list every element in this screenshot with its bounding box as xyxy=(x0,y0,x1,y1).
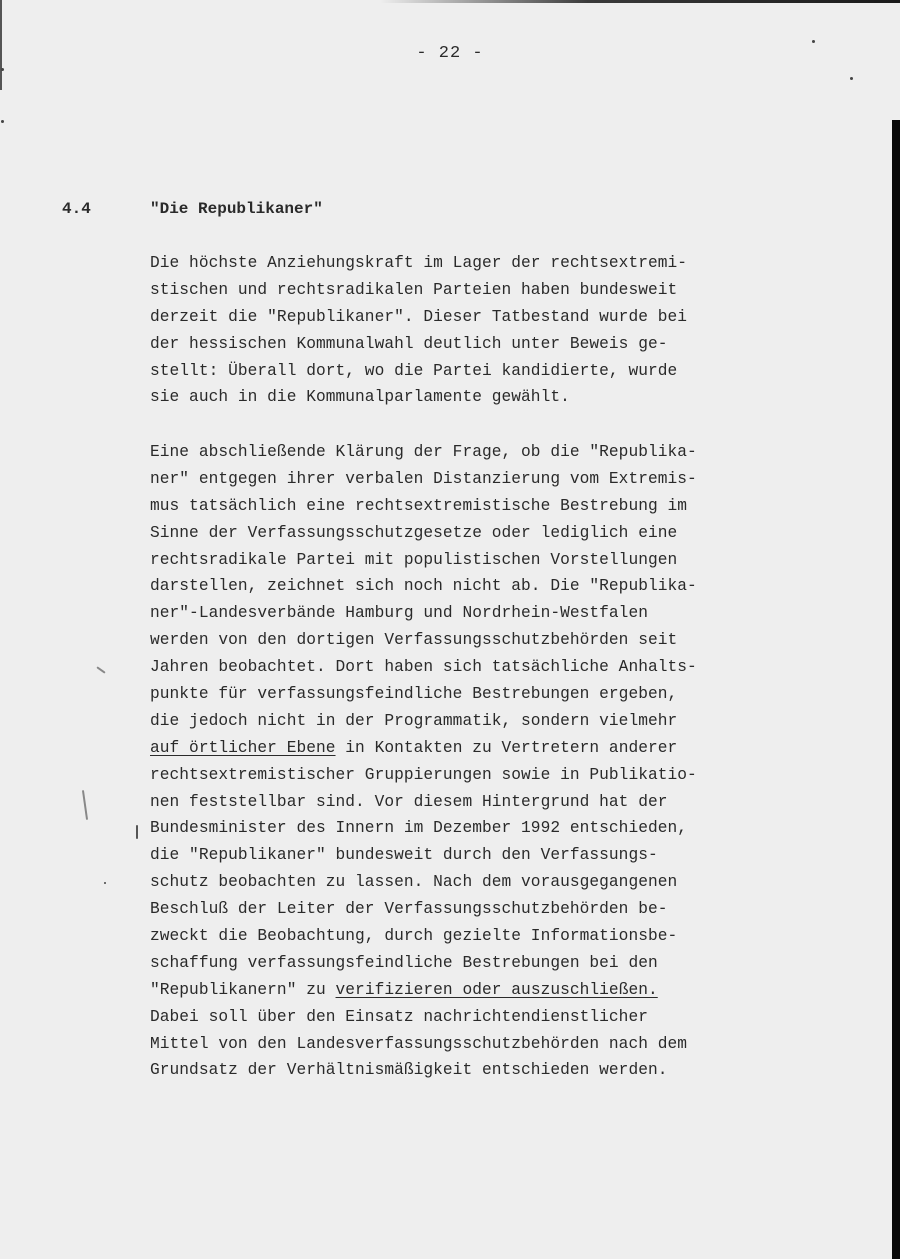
text-line: auf örtlicher Ebene in Kontakten zu Vert… xyxy=(150,735,850,762)
text-line: Bundesminister des Innern im Dezember 19… xyxy=(150,815,850,842)
line-text: Jahren beobachtet. Dort haben sich tatsä… xyxy=(150,658,697,676)
text-line: der hessischen Kommunalwahl deutlich unt… xyxy=(150,331,850,358)
line-text: ner"-Landesverbände Hamburg und Nordrhei… xyxy=(150,604,648,622)
text-line: derzeit die "Republikaner". Dieser Tatbe… xyxy=(150,304,850,331)
text-line: Dabei soll über den Einsatz nachrichtend… xyxy=(150,1004,850,1031)
text-line: ner" entgegen ihrer verbalen Distanzieru… xyxy=(150,466,850,493)
text-line: werden von den dortigen Verfassungsschut… xyxy=(150,627,850,654)
line-text: Beschluß der Leiter der Verfassungsschut… xyxy=(150,900,668,918)
scan-speck xyxy=(850,77,853,80)
text-line: Jahren beobachtet. Dort haben sich tatsä… xyxy=(150,654,850,681)
scan-speck xyxy=(812,40,815,43)
text-line: Mittel von den Landesverfassungsschutzbe… xyxy=(150,1031,850,1058)
text-line: stellt: Überall dort, wo die Partei kand… xyxy=(150,358,850,385)
text-line: schutz beobachten zu lassen. Nach dem vo… xyxy=(150,869,850,896)
line-text: ner" entgegen ihrer verbalen Distanzieru… xyxy=(150,470,697,488)
scan-speck xyxy=(1,120,4,123)
text-line: Beschluß der Leiter der Verfassungsschut… xyxy=(150,896,850,923)
line-text: die "Republikaner" bundesweit durch den … xyxy=(150,846,658,864)
text-line: schaffung verfassungsfeindliche Bestrebu… xyxy=(150,950,850,977)
underlined-phrase: verifizieren oder auszuschließen. xyxy=(336,981,658,999)
text-line: Die höchste Anziehungskraft im Lager der… xyxy=(150,250,850,277)
text-line: rechtsextremistischer Gruppierungen sowi… xyxy=(150,762,850,789)
line-text: Die höchste Anziehungskraft im Lager der… xyxy=(150,254,687,272)
text-line: zweckt die Beobachtung, durch gezielte I… xyxy=(150,923,850,950)
text-line: mus tatsächlich eine rechtsextremistisch… xyxy=(150,493,850,520)
underlined-phrase: auf örtlicher Ebene xyxy=(150,739,336,757)
scan-edge-top xyxy=(380,0,900,3)
text-line: darstellen, zeichnet sich noch nicht ab.… xyxy=(150,573,850,600)
text-line: Sinne der Verfassungsschutzgesetze oder … xyxy=(150,520,850,547)
line-text: Eine abschließende Klärung der Frage, ob… xyxy=(150,443,697,461)
line-text: Sinne der Verfassungsschutzgesetze oder … xyxy=(150,524,677,542)
paragraph-2: Eine abschließende Klärung der Frage, ob… xyxy=(150,439,850,1084)
line-text: Bundesminister des Innern im Dezember 19… xyxy=(150,819,687,837)
text-line: stischen und rechtsradikalen Parteien ha… xyxy=(150,277,850,304)
line-text: "Republikanern" zu xyxy=(150,981,336,999)
line-text: der hessischen Kommunalwahl deutlich unt… xyxy=(150,335,668,353)
page-number: - 22 - xyxy=(0,44,900,63)
line-text: schutz beobachten zu lassen. Nach dem vo… xyxy=(150,873,677,891)
line-text: sie auch in die Kommunalparlamente gewäh… xyxy=(150,388,570,406)
scan-scratch xyxy=(82,790,88,820)
line-text: mus tatsächlich eine rechtsextremistisch… xyxy=(150,497,687,515)
line-text: nen feststellbar sind. Vor diesem Hinter… xyxy=(150,793,668,811)
text-line: rechtsradikale Partei mit populistischen… xyxy=(150,547,850,574)
scan-scratch xyxy=(136,825,138,839)
line-text: rechtsextremistischer Gruppierungen sowi… xyxy=(150,766,697,784)
document-page: - 22 - 4.4 "Die Republikaner" Die höchst… xyxy=(0,0,900,1259)
line-text: schaffung verfassungsfeindliche Bestrebu… xyxy=(150,954,658,972)
scan-speck xyxy=(1,68,4,71)
line-text: rechtsradikale Partei mit populistischen… xyxy=(150,551,677,569)
text-line: Eine abschließende Klärung der Frage, ob… xyxy=(150,439,850,466)
line-text: zweckt die Beobachtung, durch gezielte I… xyxy=(150,927,677,945)
line-text: die jedoch nicht in der Programmatik, so… xyxy=(150,712,677,730)
line-text: Mittel von den Landesverfassungsschutzbe… xyxy=(150,1035,687,1053)
line-text: Grundsatz der Verhältnismäßigkeit entsch… xyxy=(150,1061,668,1079)
line-text: Dabei soll über den Einsatz nachrichtend… xyxy=(150,1008,648,1026)
text-line: die jedoch nicht in der Programmatik, so… xyxy=(150,708,850,735)
text-line: die "Republikaner" bundesweit durch den … xyxy=(150,842,850,869)
line-text: stellt: Überall dort, wo die Partei kand… xyxy=(150,362,677,380)
line-text: darstellen, zeichnet sich noch nicht ab.… xyxy=(150,577,697,595)
text-line: nen feststellbar sind. Vor diesem Hinter… xyxy=(150,789,850,816)
text-line: ner"-Landesverbände Hamburg und Nordrhei… xyxy=(150,600,850,627)
line-text: in Kontakten zu Vertretern anderer xyxy=(336,739,678,757)
section-title: "Die Republikaner" xyxy=(150,200,323,218)
section-number: 4.4 xyxy=(62,200,91,218)
text-line: "Republikanern" zu verifizieren oder aus… xyxy=(150,977,850,1004)
paragraph-1: Die höchste Anziehungskraft im Lager der… xyxy=(150,250,850,411)
text-line: sie auch in die Kommunalparlamente gewäh… xyxy=(150,384,850,411)
line-text: derzeit die "Republikaner". Dieser Tatbe… xyxy=(150,308,687,326)
text-line: Grundsatz der Verhältnismäßigkeit entsch… xyxy=(150,1057,850,1084)
scan-edge-right xyxy=(892,120,900,1259)
scan-scratch xyxy=(96,666,105,673)
scan-speck xyxy=(104,882,106,884)
line-text: stischen und rechtsradikalen Parteien ha… xyxy=(150,281,677,299)
text-line: punkte für verfassungsfeindliche Bestreb… xyxy=(150,681,850,708)
line-text: punkte für verfassungsfeindliche Bestreb… xyxy=(150,685,677,703)
line-text: werden von den dortigen Verfassungsschut… xyxy=(150,631,677,649)
